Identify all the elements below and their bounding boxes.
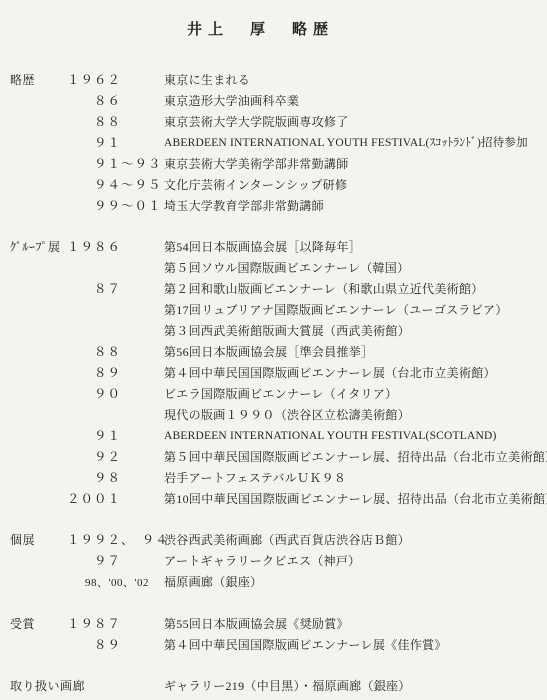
row-text: 渋谷西武美術画廊（西武百貨店渋谷店Ｂ館） [164, 530, 541, 551]
row-text: 岩手アートフェステバルＵＫ９８ [164, 468, 541, 489]
row-text: 東京芸術大学大学院版画専攻修了 [164, 112, 541, 133]
group-exhibition-row: 第５回ソウル国際版画ビエンナーレ（韓国） [67, 258, 541, 279]
award-row: ８９ 第４回中華民国国際版画ビエンナーレ展《佳作賞》 [67, 635, 541, 656]
group-exhibition-row: ８９ 第４回中華民国国際版画ビエンナーレ展（台北市立美術館） [67, 363, 541, 384]
row-text: 現代の版画１９９０（渋谷区立松濤美術館） [164, 405, 541, 426]
row-text: 埼玉大学教育学部非常勤講師 [164, 196, 541, 217]
row-year [67, 676, 164, 697]
row-year: ８８ [67, 342, 164, 363]
row-text: 東京芸術大学美術学部非常勤講師 [164, 154, 541, 175]
award-row: １９８７ 第55回日本版画協会展《奨励賞》 [67, 614, 541, 635]
biography-row: ８８ 東京芸術大学大学院版画専攻修了 [67, 112, 541, 133]
solo-exhibition-row: 98、'00、'02 福原画廊（銀座） [67, 572, 541, 594]
row-text: 第３回西武美術館版画大賞展（西武美術館） [164, 321, 541, 342]
row-year: ２００１ [67, 489, 164, 510]
section-label: 受賞 [10, 614, 67, 635]
section-biography: 略歴 １９６２ 東京に生まれる ８６ 東京造形大学油画科卒業 ８８ 東京芸術大学… [10, 70, 541, 217]
biography-row: ９９～０１ 埼玉大学教育学部非常勤講師 [67, 196, 541, 217]
row-text: 第４回中華民国国際版画ビエンナーレ展（台北市立美術館） [164, 363, 541, 384]
section-solo-exhibitions: 個展 １９９２、 ９４ 渋谷西武美術画廊（西武百貨店渋谷店Ｂ館） ９７ アートギ… [10, 530, 541, 594]
row-year: ８９ [67, 363, 164, 384]
group-exhibition-row: １９８６ 第54回日本版画協会展［以降毎年］ [67, 237, 541, 258]
row-text: 第55回日本版画協会展《奨励賞》 [164, 614, 541, 635]
row-text: ABERDEEN INTERNATIONAL YOUTH FESTIVAL(ｽｺ… [164, 133, 541, 154]
section-rows: ギャラリー219（中目黒）・福原画廊（銀座） [67, 676, 541, 697]
row-year: ９４～９５ [67, 175, 164, 196]
group-exhibition-row: ２００１ 第10回中華民国国際版画ビエンナーレ展、招待出品（台北市立美術館） [67, 489, 541, 510]
section-group-exhibitions: ｸﾞﾙｰﾌﾟ展 １９８６ 第54回日本版画協会展［以降毎年］ 第５回ソウル国際版… [10, 237, 541, 510]
row-text: 第17回リュブリアナ国際版画ビエンナーレ（ユーゴスラビア） [164, 300, 541, 321]
row-year: ９９～０１ [67, 196, 164, 217]
row-year: ９１ [67, 426, 164, 447]
row-year [67, 405, 164, 426]
section-label: 取り扱い画廊 [10, 676, 67, 697]
row-year: ９７ [67, 551, 164, 572]
row-year: ９０ [67, 384, 164, 405]
row-text: 第10回中華民国国際版画ビエンナーレ展、招待出品（台北市立美術館） [164, 489, 547, 510]
row-year: １９９２、 ９４ [67, 530, 164, 551]
biography-row: ９１ ABERDEEN INTERNATIONAL YOUTH FESTIVAL… [67, 133, 541, 154]
row-text: 第56回日本版画協会展［準会員推挙］ [164, 342, 541, 363]
section-label: 略歴 [10, 70, 67, 91]
row-text: アートギャラリークビエス（神戸） [164, 551, 541, 572]
group-exhibition-row: ８７ 第２回和歌山版画ビエンナーレ（和歌山県立近代美術館） [67, 279, 541, 300]
biography-row: ９１～９３ 東京芸術大学美術学部非常勤講師 [67, 154, 541, 175]
row-year: 98、'00、'02 [67, 572, 164, 594]
section-label: ｸﾞﾙｰﾌﾟ展 [10, 237, 67, 258]
row-text: 東京に生まれる [164, 70, 541, 91]
section-galleries: 取り扱い画廊 ギャラリー219（中目黒）・福原画廊（銀座） [10, 676, 541, 697]
section-rows: １９９２、 ９４ 渋谷西武美術画廊（西武百貨店渋谷店Ｂ館） ９７ アートギャラリ… [67, 530, 541, 594]
group-exhibition-row: ９２ 第５回中華民国国際版画ビエンナーレ展、招待出品（台北市立美術館） [67, 447, 541, 468]
row-text: ギャラリー219（中目黒）・福原画廊（銀座） [164, 676, 541, 697]
biography-row: １９６２ 東京に生まれる [67, 70, 541, 91]
row-year: １９８７ [67, 614, 164, 635]
resume-page: 井上 厚 略歴 略歴 １９６２ 東京に生まれる ８６ 東京造形大学油画科卒業 ８… [0, 0, 547, 700]
row-year: ９２ [67, 447, 164, 468]
row-text: ABERDEEN INTERNATIONAL YOUTH FESTIVAL(SC… [164, 426, 541, 447]
row-year: ９１ [67, 133, 164, 154]
solo-exhibition-row: ９７ アートギャラリークビエス（神戸） [67, 551, 541, 572]
row-text: 第５回中華民国国際版画ビエンナーレ展、招待出品（台北市立美術館） [164, 447, 547, 468]
group-exhibition-row: ９１ ABERDEEN INTERNATIONAL YOUTH FESTIVAL… [67, 426, 541, 447]
row-text: 福原画廊（銀座） [164, 572, 541, 594]
section-label: 個展 [10, 530, 67, 551]
gallery-row: ギャラリー219（中目黒）・福原画廊（銀座） [67, 676, 541, 697]
row-year: ８９ [67, 635, 164, 656]
group-exhibition-row: ８８ 第56回日本版画協会展［準会員推挙］ [67, 342, 541, 363]
group-exhibition-row: ９０ ビエラ国際版画ビエンナーレ（イタリア） [67, 384, 541, 405]
group-exhibition-row: 現代の版画１９９０（渋谷区立松濤美術館） [67, 405, 541, 426]
solo-exhibition-row: １９９２、 ９４ 渋谷西武美術画廊（西武百貨店渋谷店Ｂ館） [67, 530, 541, 551]
section-awards: 受賞 １９８７ 第55回日本版画協会展《奨励賞》 ８９ 第４回中華民国国際版画ビ… [10, 614, 541, 656]
section-rows: １９８７ 第55回日本版画協会展《奨励賞》 ８９ 第４回中華民国国際版画ビエンナ… [67, 614, 541, 656]
biography-row: ８６ 東京造形大学油画科卒業 [67, 91, 541, 112]
row-text: 第２回和歌山版画ビエンナーレ（和歌山県立近代美術館） [164, 279, 541, 300]
row-text: 文化庁芸術インターンシップ研修 [164, 175, 541, 196]
row-year: ８８ [67, 112, 164, 133]
row-text: 第54回日本版画協会展［以降毎年］ [164, 237, 541, 258]
row-year: ８７ [67, 279, 164, 300]
row-year: １９６２ [67, 70, 164, 91]
row-text: 第４回中華民国国際版画ビエンナーレ展《佳作賞》 [164, 635, 541, 656]
row-year [67, 300, 164, 321]
row-year: ９１～９３ [67, 154, 164, 175]
group-exhibition-row: 第３回西武美術館版画大賞展（西武美術館） [67, 321, 541, 342]
group-exhibition-row: ９８ 岩手アートフェステバルＵＫ９８ [67, 468, 541, 489]
row-year: １９８６ [67, 237, 164, 258]
group-exhibition-row: 第17回リュブリアナ国際版画ビエンナーレ（ユーゴスラビア） [67, 300, 541, 321]
row-text: 第５回ソウル国際版画ビエンナーレ（韓国） [164, 258, 541, 279]
page-title: 井上 厚 略歴 [10, 20, 511, 40]
section-rows: １９６２ 東京に生まれる ８６ 東京造形大学油画科卒業 ８８ 東京芸術大学大学院… [67, 70, 541, 217]
row-year: ９８ [67, 468, 164, 489]
row-year [67, 321, 164, 342]
section-rows: １９８６ 第54回日本版画協会展［以降毎年］ 第５回ソウル国際版画ビエンナーレ（… [67, 237, 541, 510]
row-text: 東京造形大学油画科卒業 [164, 91, 541, 112]
row-year [67, 258, 164, 279]
row-text: ビエラ国際版画ビエンナーレ（イタリア） [164, 384, 541, 405]
row-year: ８６ [67, 91, 164, 112]
biography-row: ９４～９５ 文化庁芸術インターンシップ研修 [67, 175, 541, 196]
